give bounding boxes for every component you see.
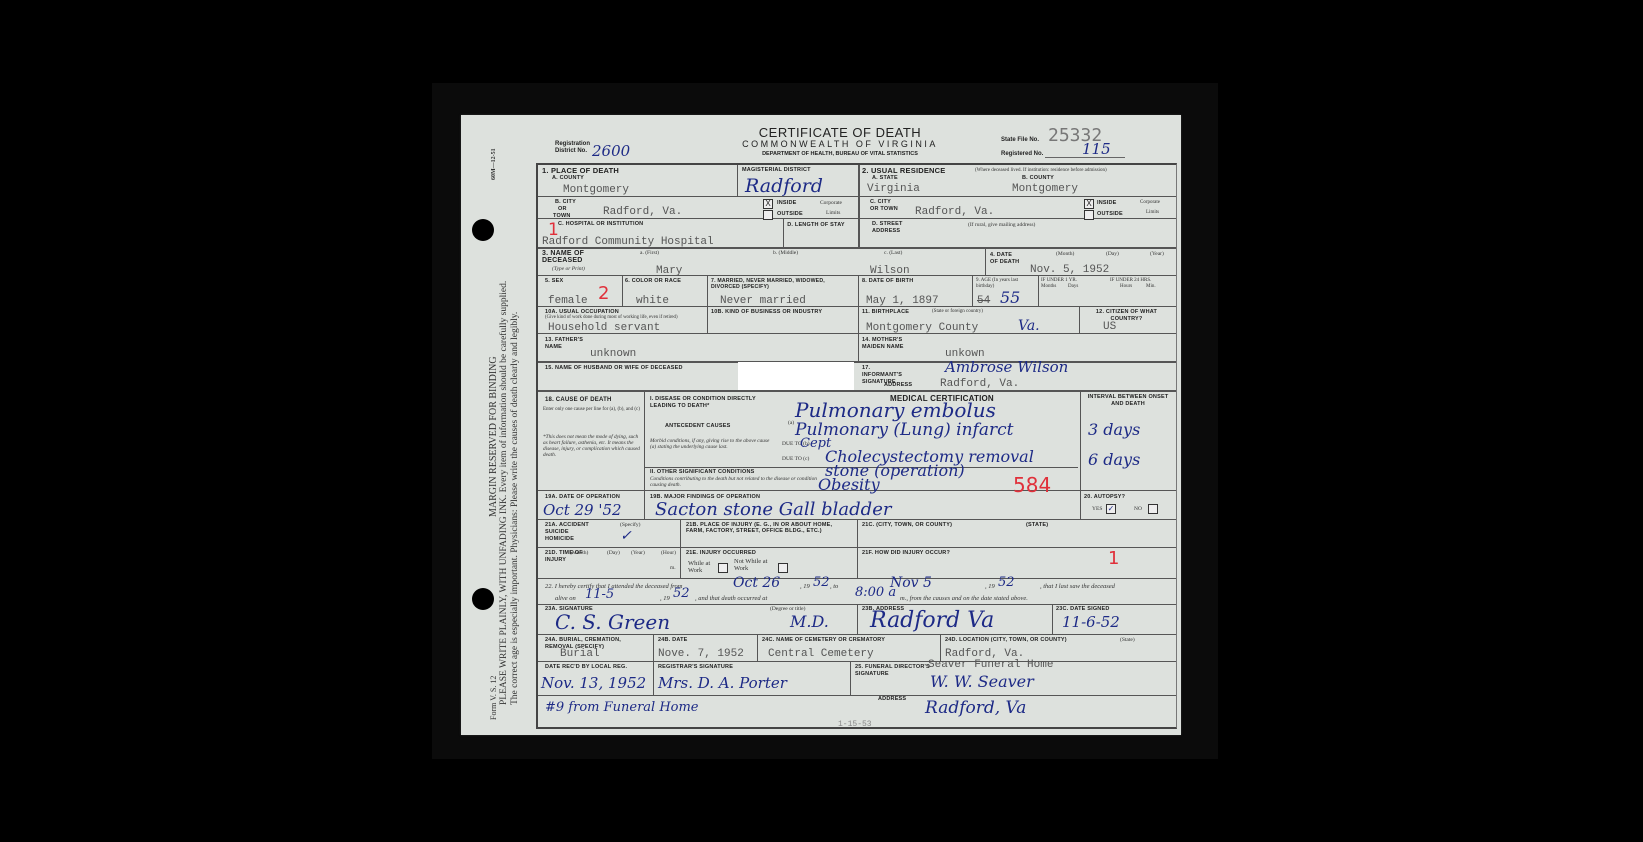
hospital-name: Radford Community Hospital	[542, 236, 714, 248]
divider	[850, 661, 851, 695]
father-label: 13. FATHER'S NAME	[545, 337, 585, 351]
registration-district-label: Registration District No.	[555, 141, 595, 155]
other-conditions-note: Conditions contributing to the death but…	[650, 476, 830, 488]
attended-from: Oct 26	[733, 575, 780, 591]
divider	[1045, 157, 1125, 158]
red-check-mark: 1	[1108, 548, 1119, 569]
interval-label: INTERVAL BETWEEN ONSET AND DEATH	[1084, 394, 1172, 408]
operation-findings: Sacton stone Gall bladder	[655, 499, 891, 520]
divider	[538, 196, 1176, 197]
burial-state-label: (State)	[1120, 637, 1135, 643]
burial-location-label: 24d. LOCATION (City, town, or county)	[945, 637, 1067, 644]
cause-a: Pulmonary embolus	[795, 398, 996, 422]
injury-city-label: 21c. (CITY, TOWN, OR COUNTY)	[862, 522, 952, 529]
certificate-title: CERTIFICATE OF DEATH	[700, 125, 980, 140]
residence-county: Montgomery	[1012, 183, 1078, 195]
funeral-director-signature: W. W. Seaver	[930, 672, 1034, 691]
divider	[1079, 306, 1080, 333]
death-time: 8:00 a	[855, 585, 896, 600]
other-conditions-label: II. OTHER SIGNIFICANT CONDITIONS	[650, 469, 754, 476]
injury-occurred-label: 21e. INJURY OCCURRED	[686, 550, 756, 557]
limits-label: Limits	[826, 210, 840, 216]
binder-hole	[472, 219, 494, 241]
residence-state-label: a. STATE	[872, 175, 898, 182]
certify-text: alive on	[555, 595, 576, 602]
residence-inside-checkbox[interactable]: X	[1084, 199, 1094, 209]
divider	[538, 306, 1176, 307]
street-note: (If rural, give mailing address)	[968, 222, 1035, 228]
middle-name-label: b. (Middle)	[773, 250, 798, 256]
residence-outside-label: Outside	[1097, 211, 1123, 218]
accident-check: ✓	[620, 528, 632, 544]
age-handwritten: 55	[1000, 288, 1020, 307]
date-of-death-label: 4. DATE OF DEATH	[990, 252, 1020, 266]
redacted-area	[738, 362, 854, 390]
receipt-stamp: 1-15-53	[838, 720, 872, 729]
cause-a-label: (a)	[788, 420, 794, 426]
burial-type: Burial	[560, 648, 600, 660]
injury-month-label: (Month)	[570, 550, 588, 556]
hours-label: Hours	[1120, 284, 1132, 290]
race-label: 6. COLOR OR RACE	[625, 278, 681, 285]
residence-outside-checkbox[interactable]	[1084, 210, 1094, 220]
operation-date: Oct 29 '52	[543, 501, 622, 519]
divider	[653, 634, 654, 695]
divider	[538, 695, 1176, 696]
day-label: (Day)	[1106, 251, 1119, 257]
autopsy-label: 20. AUTOPSY?	[1084, 494, 1125, 501]
month-label: (Month)	[1056, 251, 1074, 257]
inside-checkbox[interactable]: X	[763, 199, 773, 209]
certify-text: , and that death occurred at	[695, 595, 767, 602]
residence-label: 2. USUAL RESIDENCE	[862, 167, 945, 174]
injury-hour-label: (Hour)	[661, 550, 676, 556]
divider	[538, 578, 1176, 579]
registered-no: 115	[1082, 140, 1111, 158]
divider	[707, 275, 708, 333]
divider	[972, 275, 973, 306]
antecedent-label: ANTECEDENT CAUSES	[665, 423, 730, 430]
red-code: 584	[1013, 473, 1051, 497]
divider	[680, 519, 681, 578]
divider	[940, 634, 941, 661]
certify-text: , 19	[800, 583, 810, 590]
county-label: a. COUNTY	[552, 175, 584, 182]
year-label: (Year)	[1150, 251, 1164, 257]
corporate-label: Corporate	[820, 200, 842, 206]
residence-corporate-label: Corporate	[1140, 200, 1160, 206]
informant-address-label: ADDRESS	[884, 382, 912, 389]
sex-label: 5. SEX	[545, 278, 563, 285]
outside-checkbox[interactable]	[763, 210, 773, 220]
divider	[1080, 390, 1081, 519]
occupation: Household servant	[548, 322, 660, 334]
autopsy-no-checkbox[interactable]	[1148, 504, 1158, 514]
certify-text: , to	[830, 583, 838, 590]
date-received: Nov. 13, 1952	[541, 674, 646, 692]
injury-year-label: (Year)	[631, 550, 645, 556]
hospital-label: c. HOSPITAL OR INSTITUTION	[558, 221, 643, 228]
date-of-birth: May 1, 1897	[866, 295, 939, 307]
residence-note: (Where deceased lived. If institution: r…	[975, 168, 1107, 174]
cause-of-death-label: 18. CAUSE OF DEATH	[545, 397, 612, 404]
date-signed: 11-6-52	[1062, 613, 1120, 631]
operation-date-label: 19a. DATE OF OPERATION	[545, 494, 625, 501]
street-label: d. STREET ADDRESS	[872, 221, 912, 235]
injury-m-label: m.	[670, 565, 676, 571]
interval-b: 3 days	[1088, 420, 1140, 439]
accident-label: 21a. ACCIDENT SUICIDE HOMICIDE	[545, 522, 595, 543]
physician-degree: M.D.	[790, 612, 829, 631]
informant-address: Radford, Va.	[940, 378, 1019, 390]
sex-code: 2	[598, 283, 609, 304]
magisterial-label: MAGISTERIAL DISTRICT	[742, 167, 811, 174]
inside-label: Inside	[777, 200, 797, 207]
autopsy-yes-checkbox[interactable]: ✓	[1106, 504, 1116, 514]
divider	[858, 275, 859, 361]
physician-signature: C. S. Green	[555, 610, 670, 634]
divider	[538, 218, 1176, 219]
not-while-at-work-label: Not While at Work	[734, 558, 772, 572]
cause-footnote: *This does not mean the mode of dying, s…	[543, 434, 641, 458]
days-label: Days	[1068, 284, 1078, 290]
not-while-at-work-checkbox[interactable]	[778, 563, 788, 573]
residence-city-label: c. CITY OR TOWN	[870, 199, 900, 213]
date-of-death: Nov. 5, 1952	[1030, 264, 1109, 276]
margin-instruction-2: The correct age is especially important.…	[510, 312, 520, 705]
injury-state-label: (STATE)	[1026, 522, 1048, 529]
birthplace-label: 11. BIRTHPLACE	[862, 309, 909, 316]
birthplace: Montgomery County	[866, 322, 978, 334]
name-label: 3. NAME OF DECEASED	[542, 250, 597, 264]
divider	[757, 634, 758, 661]
last-name-label: c. (Last)	[884, 250, 902, 256]
while-at-work-label: While at Work	[688, 560, 718, 574]
interval-c: 6 days	[1088, 450, 1140, 469]
autopsy-no-label: NO	[1134, 506, 1142, 512]
form-code: 60M—12-51	[491, 148, 497, 180]
funeral-address-label: ADDRESS	[878, 696, 906, 703]
attended-to: Nov 5	[890, 575, 932, 591]
mother-label: 14. MOTHER'S MAIDEN NAME	[862, 337, 922, 351]
divider	[538, 634, 1176, 635]
divider	[737, 165, 738, 197]
city-label-town: TOWN	[553, 213, 571, 220]
last-seen-year: 52	[673, 586, 690, 601]
place-of-death-label: 1. PLACE OF DEATH	[542, 167, 619, 174]
citizen-label: 12. CITIZEN OF WHAT COUNTRY?	[1084, 309, 1169, 323]
disease-label: I. DISEASE OR CONDITION DIRECTLY LEADING…	[650, 396, 780, 410]
margin-instruction-1: PLEASE WRITE PLAINLY, WITH UNFADING INK.…	[499, 281, 509, 705]
informant-signature: Ambrose Wilson	[945, 358, 1068, 376]
age-typed: 54	[977, 295, 990, 307]
commonwealth-title: COMMONWEALTH OF VIRGINIA	[700, 139, 980, 149]
certify-text: , 19	[985, 583, 995, 590]
morbid-note: Morbid conditions, if any, giving rise t…	[650, 438, 770, 450]
first-name-label: a. (First)	[640, 250, 659, 256]
registrar-label: REGISTRAR'S SIGNATURE	[658, 664, 733, 671]
divider	[783, 218, 784, 247]
autopsy-yes-label: YES	[1092, 506, 1102, 512]
residence-inside-label: Inside	[1097, 200, 1117, 207]
outside-label: Outside	[777, 211, 803, 218]
physician-address: Radford Va	[870, 608, 994, 633]
spouse-label: 15. NAME OF HUSBAND OR WIFE OF DECEASED	[545, 365, 683, 372]
while-at-work-checkbox[interactable]	[718, 563, 728, 573]
burial-date: Nove. 7, 1952	[658, 648, 744, 660]
divider	[857, 519, 858, 578]
dob-label: 8. DATE OF BIRTH	[862, 278, 913, 285]
form-number: Form V. S. 12	[489, 676, 498, 720]
magisterial-district: Radford	[745, 175, 823, 197]
attended-from-year: 52	[813, 575, 830, 590]
city-label: b. CITY	[555, 199, 576, 206]
business-label: 10b. KIND OF BUSINESS OR INDUSTRY	[711, 309, 851, 316]
residence-county-label: b. COUNTY	[1022, 175, 1054, 182]
state-file-label: State File No.	[1001, 137, 1039, 143]
cause-c-label: DUE TO (c)	[782, 456, 809, 462]
residence-state: Virginia	[867, 183, 920, 195]
certify-text: , that I last saw the deceased	[1040, 583, 1115, 590]
divider	[1038, 275, 1039, 306]
binder-hole	[472, 588, 494, 610]
how-injury-label: 21f. HOW DID INJURY OCCUR?	[862, 550, 950, 557]
type-note: (Type or Print)	[552, 266, 585, 273]
divider	[622, 275, 623, 306]
city-label-or: OR	[558, 206, 567, 213]
date-signed-label: 23c. DATE SIGNED	[1056, 606, 1110, 613]
sex: female	[548, 295, 588, 307]
months-label: Months	[1041, 284, 1056, 290]
cemetery-label: 24c. NAME OF CEMETERY OR CREMATORY	[762, 637, 885, 644]
funeral-home: Seaver Funeral Home	[928, 659, 1053, 671]
funeral-address: Radford, Va	[925, 698, 1026, 718]
death-county: Montgomery	[563, 184, 629, 196]
injury-day-label: (Day)	[607, 550, 620, 556]
marital-status: Never married	[720, 295, 806, 307]
other-conditions: Obesity	[818, 475, 880, 494]
birthplace-note: (State or foreign country)	[932, 309, 983, 315]
divider	[858, 165, 860, 247]
divider	[1052, 604, 1053, 634]
divider	[538, 661, 1176, 662]
registrar-signature: Mrs. D. A. Porter	[658, 674, 787, 692]
burial-date-label: 24b. DATE	[658, 637, 688, 644]
last-name: Wilson	[870, 265, 910, 277]
certify-text: , 19	[660, 595, 670, 602]
divider	[644, 390, 645, 519]
funeral-director-label: 25. FUNERAL DIRECTOR'S SIGNATURE	[855, 664, 930, 678]
divider	[857, 604, 858, 634]
certify-text: m., from the causes and on the date stat…	[900, 595, 1028, 602]
last-seen-date: 11-5	[585, 587, 614, 602]
cemetery-name: Central Cemetery	[768, 648, 874, 660]
min-label: Min.	[1146, 284, 1156, 290]
race: white	[636, 295, 669, 307]
department-title: DEPARTMENT OF HEALTH, BUREAU OF VITAL ST…	[700, 151, 980, 157]
divider	[985, 247, 986, 275]
registered-label: Registered No.	[1001, 151, 1043, 157]
bottom-note: #9 from Funeral Home	[545, 700, 699, 715]
place-of-injury-label: 21b. PLACE OF INJURY (e. g., in or about…	[686, 522, 851, 534]
death-city: Radford, Va.	[603, 206, 682, 218]
divider	[538, 361, 1176, 363]
length-of-stay-label: d. LENGTH OF STAY	[786, 222, 846, 229]
residence-city: Radford, Va.	[915, 206, 994, 218]
registration-district-no: 2600	[592, 142, 630, 160]
marital-label: 7. MARRIED, NEVER MARRIED, WIDOWED, DIVO…	[711, 278, 854, 290]
attended-to-year: 52	[998, 575, 1015, 590]
father-name: unknown	[590, 348, 636, 360]
date-received-label: DATE REC'D BY LOCAL REG.	[545, 664, 650, 671]
first-name: Mary	[656, 265, 682, 277]
occupation-note: (Give kind of work done during most of w…	[545, 315, 705, 320]
margin-text-binding: MARGIN RESERVED FOR BINDING	[488, 356, 499, 517]
residence-limits-label: Limits	[1146, 210, 1159, 216]
citizenship: US	[1103, 321, 1116, 333]
birthplace-state: Va.	[1018, 318, 1040, 334]
cause-note: Enter only one cause per line for (a), (…	[543, 407, 641, 413]
